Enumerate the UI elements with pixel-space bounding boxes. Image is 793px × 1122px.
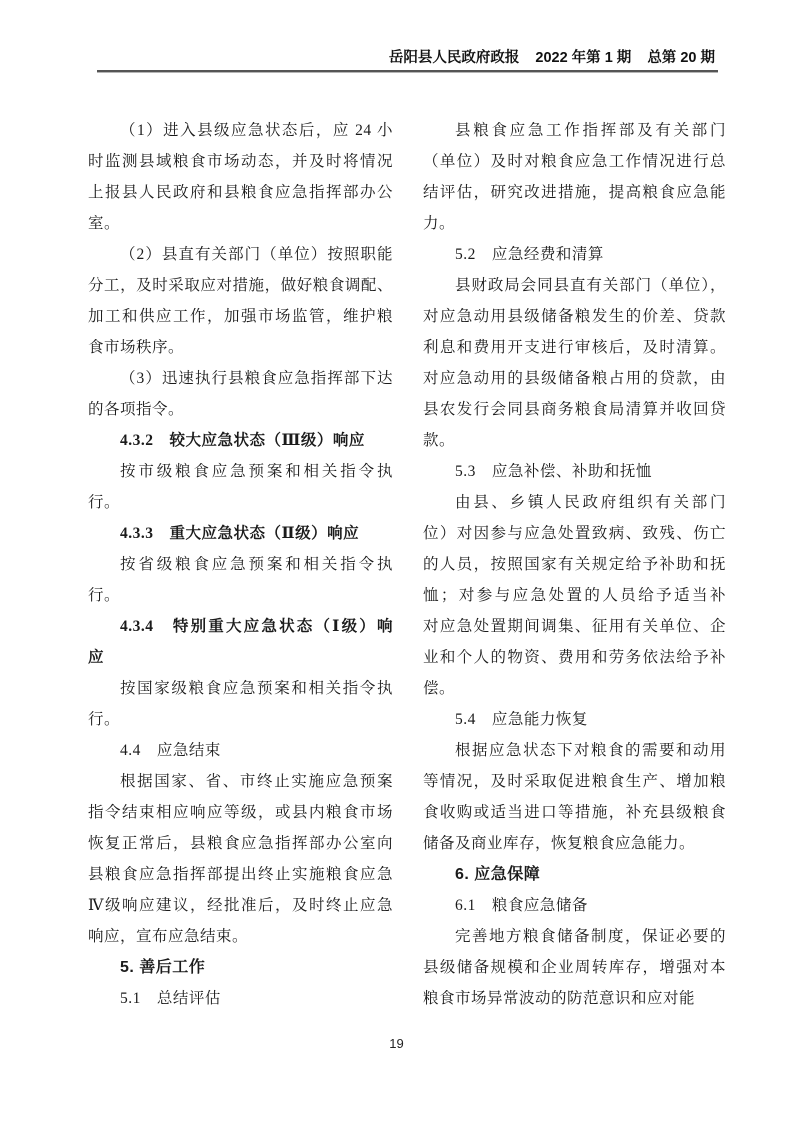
text-line: 行。 xyxy=(88,487,393,518)
text-line: 业和个人的物资、费用和劳务依法给予补 xyxy=(423,642,726,673)
text-line: 利息和费用开支进行审核后，及时清算。 xyxy=(423,332,726,363)
text-line: 等情况，及时采取促进粮食生产、增加粮 xyxy=(423,766,726,797)
text-line: 按市级粮食应急预案和相关指令执 xyxy=(88,456,393,487)
text-line: 时监测县域粮食市场动态，并及时将情况 xyxy=(88,146,393,177)
text-line: 按省级粮食应急预案和相关指令执 xyxy=(88,549,393,580)
text-line: 指令结束相应响应等级，或县内粮食市场 xyxy=(88,797,393,828)
text-line: 根据国家、省、市终止实施应急预案 xyxy=(88,766,393,797)
text-line: 储备及商业库存，恢复粮食应急能力。 xyxy=(423,828,726,859)
text-line: 对应急动用县级储备粮发生的价差、贷款 xyxy=(423,301,726,332)
volume-label: 总第 20 期 xyxy=(647,50,715,66)
text-line: 县粮食应急工作指挥部及有关部门 xyxy=(423,115,726,146)
text-line: 县农发行会同县商务粮食局清算并收回贷 xyxy=(423,394,726,425)
text-line: 由县、乡镇人民政府组织有关部门（单 xyxy=(423,487,726,518)
text-line: 根据应急状态下对粮食的需要和动用 xyxy=(423,735,726,766)
text-line: 县财政局会同县直有关部门（单位）， xyxy=(423,270,726,301)
text-line: 结评估，研究改进措施，提高粮食应急能 xyxy=(423,177,726,208)
text-line: Ⅳ级响应建议，经批准后，及时终止应急 xyxy=(88,890,393,921)
heading-line: 5. 善后工作 xyxy=(88,952,393,983)
page-header: 岳阳县人民政府政报2022 年第 1 期总第 20 期 xyxy=(389,46,715,67)
heading-line: 4.3.3 重大应急状态（Ⅱ级）响应 xyxy=(88,518,393,549)
text-line: （3）迅速执行县粮食应急指挥部下达 xyxy=(88,363,393,394)
text-line: 响应，宣布应急结束。 xyxy=(88,921,393,952)
heading-line: 6.1 粮食应急储备 xyxy=(423,890,726,921)
issue-label: 2022 年第 1 期 xyxy=(535,50,631,66)
text-line: 县级储备规模和企业周转库存，增强对本县 xyxy=(423,952,726,983)
heading-line: 5.2 应急经费和清算 xyxy=(423,239,726,270)
heading-line: 5.3 应急补偿、补助和抚恤 xyxy=(423,456,726,487)
text-line: （单位）及时对粮食应急工作情况进行总 xyxy=(423,146,726,177)
text-line: 完善地方粮食储备制度，保证必要的 xyxy=(423,921,726,952)
right-column: 县粮食应急工作指挥部及有关部门（单位）及时对粮食应急工作情况进行总结评估，研究改… xyxy=(423,115,726,1014)
text-line: 行。 xyxy=(88,580,393,611)
heading-line: 4.4 应急结束 xyxy=(88,735,393,766)
text-line: 食收购或适当进口等措施，补充县级粮食 xyxy=(423,797,726,828)
text-line: 对应急动用的县级储备粮占用的贷款，由 xyxy=(423,363,726,394)
text-line: 分工，及时采取应对措施，做好粮食调配、 xyxy=(88,270,393,301)
text-line: 室。 xyxy=(88,208,393,239)
heading-line: 5.1 总结评估 xyxy=(88,983,393,1014)
text-line: 力。 xyxy=(423,208,726,239)
text-line: 恢复正常后，县粮食应急指挥部办公室向 xyxy=(88,828,393,859)
text-line: 对应急处置期间调集、征用有关单位、企 xyxy=(423,611,726,642)
text-line: 上报县人民政府和县粮食应急指挥部办公 xyxy=(88,177,393,208)
text-line: 按国家级粮食应急预案和相关指令执 xyxy=(88,673,393,704)
heading-line: 6. 应急保障 xyxy=(423,859,726,890)
text-line: 位）对因参与应急处置致病、致残、伤亡 xyxy=(423,518,726,549)
text-line: 粮食市场异常波动的防范意识和应对能力。 xyxy=(423,983,726,1014)
page-number: 19 xyxy=(0,1036,793,1051)
heading-line: 4.3.2 较大应急状态（Ⅲ级）响应 xyxy=(88,425,393,456)
text-line: （1）进入县级应急状态后，应 24 小 xyxy=(88,115,393,146)
text-line: 款。 xyxy=(423,425,726,456)
heading-line: 应 xyxy=(88,642,393,673)
text-line: 食市场秩序。 xyxy=(88,332,393,363)
text-line: 恤；对参与应急处置的人员给予适当补助； xyxy=(423,580,726,611)
text-line: 加工和供应工作，加强市场监管，维护粮 xyxy=(88,301,393,332)
publication-title: 岳阳县人民政府政报 xyxy=(389,50,520,66)
left-column: （1）进入县级应急状态后，应 24 小时监测县域粮食市场动态，并及时将情况上报县… xyxy=(88,115,393,1014)
text-line: （2）县直有关部门（单位）按照职能 xyxy=(88,239,393,270)
heading-line: 5.4 应急能力恢复 xyxy=(423,704,726,735)
text-line: 的各项指令。 xyxy=(88,394,393,425)
text-line: 偿。 xyxy=(423,673,726,704)
header-rule xyxy=(97,70,718,73)
heading-line: 4.3.4 特别重大应急状态（Ⅰ级）响 xyxy=(88,611,393,642)
text-line: 行。 xyxy=(88,704,393,735)
text-line: 的人员，按照国家有关规定给予补助和抚 xyxy=(423,549,726,580)
text-line: 县粮食应急指挥部提出终止实施粮食应急 xyxy=(88,859,393,890)
